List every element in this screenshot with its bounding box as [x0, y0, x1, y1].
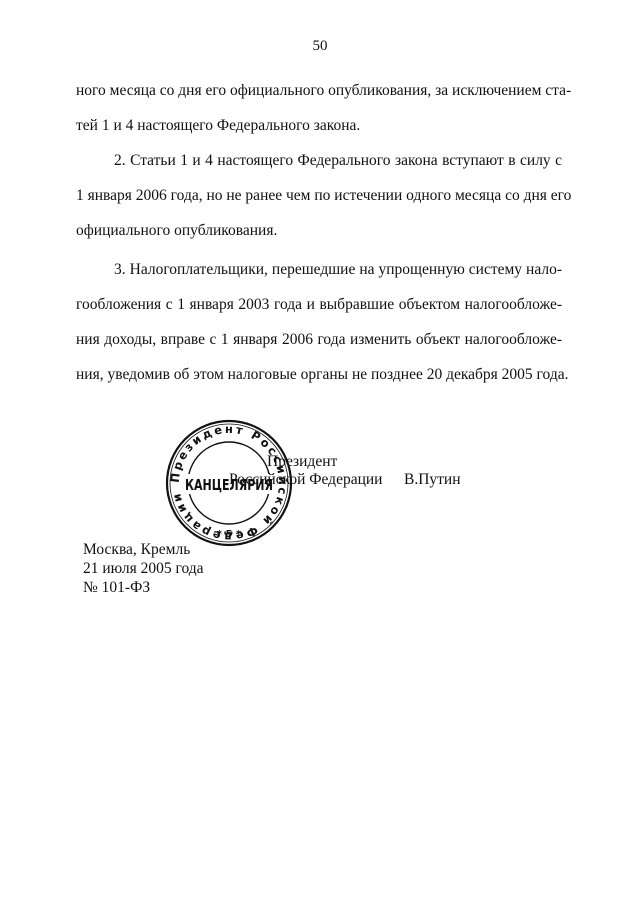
paragraph-line: 3. Налогоплательщики, перешедшие на упро… [114, 260, 562, 280]
stamp-bottom-text: * 5 * [217, 529, 242, 540]
paragraph-line: 2. Статьи 1 и 4 настоящего Федерального … [114, 151, 562, 171]
signature-title-line2: Российской Федерации [229, 471, 382, 489]
paragraph-line: ния, уведомив об этом налоговые органы н… [76, 365, 562, 385]
paragraph-line: ния доходы, вправе с 1 января 2006 года … [76, 330, 562, 350]
footer-date: 21 июля 2005 года [83, 559, 204, 578]
paragraph-line: официального опубликования. [76, 221, 562, 241]
paragraph-line: тей 1 и 4 настоящего Федерального закона… [76, 116, 562, 136]
signatory-name: В.Путин [404, 471, 461, 489]
footer-law-number: № 101-ФЗ [83, 578, 204, 597]
footer-block: Москва, Кремль 21 июля 2005 года № 101-Ф… [83, 540, 204, 597]
signature-title-line1: Президент [267, 453, 337, 471]
paragraph-line: гообложения с 1 января 2003 года и выбра… [76, 295, 562, 315]
page-number: 50 [0, 38, 640, 55]
footer-place: Москва, Кремль [83, 540, 204, 559]
paragraph-line: ного месяца со дня его официального опуб… [76, 81, 562, 101]
paragraph-line: 1 января 2006 года, но не ранее чем по и… [76, 186, 562, 206]
